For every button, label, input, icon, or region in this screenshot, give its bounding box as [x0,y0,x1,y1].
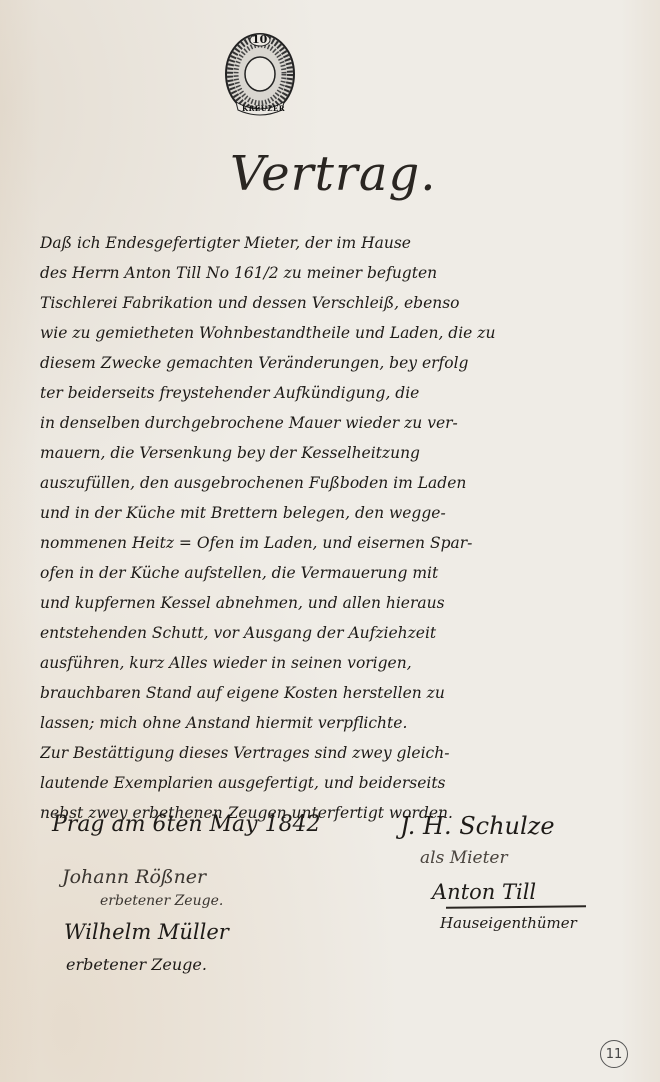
witness-1-name: Johann Rößner [62,866,206,888]
body-line: und kupfernen Kessel abnehmen, und allen… [40,588,640,618]
page-number: 11 [600,1040,628,1068]
body-line: des Herrn Anton Till No 161/2 zu meiner … [40,258,640,288]
contract-body: Daß ich Endesgefertigter Mieter, der im … [40,228,640,828]
body-line: entstehenden Schutt, vor Ausgang der Auf… [40,618,640,648]
body-line: brauchbaren Stand auf eigene Kosten hers… [40,678,640,708]
tenant-role: als Mieter [420,848,508,868]
body-line: in denselben durchgebrochene Mauer wiede… [40,408,640,438]
body-line: auszufüllen, den ausgebrochenen Fußboden… [40,468,640,498]
body-line: und in der Küche mit Brettern belegen, d… [40,498,640,528]
body-line: ausführen, kurz Alles wieder in seinen v… [40,648,640,678]
body-line: ofen in der Küche aufstellen, die Vermau… [40,558,640,588]
witness-2-role: erbetener Zeuge. [66,955,207,974]
body-line: wie zu gemietheten Wohnbestandtheile und… [40,318,640,348]
body-line: diesem Zwecke gemachten Veränderungen, b… [40,348,640,378]
stamp-currency: KREUZER [242,104,285,113]
witness-2-name: Wilhelm Müller [64,920,229,944]
stamp-value: 10 [252,33,267,46]
body-line: nommenen Heitz = Ofen im Laden, und eise… [40,528,640,558]
body-line: Tischlerei Fabrikation und dessen Versch… [40,288,640,318]
place-and-date: Prag am 6ten May 1842 [52,812,321,837]
owner-role: Hauseigenthümer [440,914,577,932]
body-line: Daß ich Endesgefertigter Mieter, der im … [40,228,640,258]
owner-signature: Anton Till [432,880,536,904]
document-title: Vertrag. [230,146,436,202]
witness-1-role: erbetener Zeuge. [100,893,223,909]
tenant-signature: J. H. Schulze [400,812,555,840]
body-line: Zur Bestättigung dieses Vertrages sind z… [40,738,640,768]
body-line: ter beiderseits freystehender Aufkündigu… [40,378,640,408]
body-line: lautende Exemplarien ausgefertigt, und b… [40,768,640,798]
revenue-stamp: 10 KREUZER [222,30,298,116]
body-line: mauern, die Versenkung bey der Kesselhei… [40,438,640,468]
body-line: lassen; mich ohne Anstand hiermit verpfl… [40,708,640,738]
